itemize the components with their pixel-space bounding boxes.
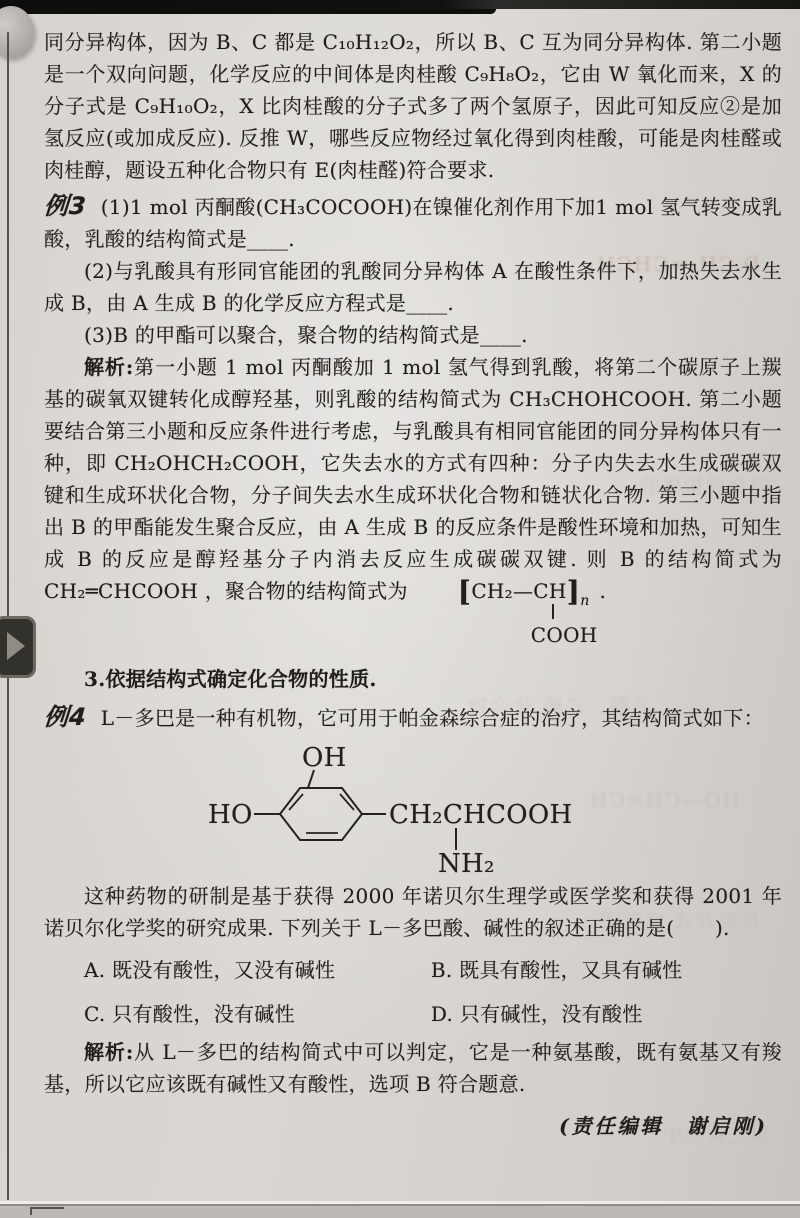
double-bond — [289, 794, 303, 810]
example4-analysis: 解析:从 L－多巴的结构简式中可以判定，它是一种氨基酸，既有氨基又有羧基，所以它… — [44, 1036, 782, 1100]
margin-arrow-icon — [0, 616, 36, 678]
option-d: D. 只有碱性，没有酸性 — [391, 998, 782, 1030]
oh-top-label: OH — [302, 743, 347, 773]
nobel-paragraph: 这种药物的研制是基于获得 2000 年诺贝尔生理学或医学奖和获得 2001 年诺… — [44, 880, 782, 944]
example3-label: 例3 — [43, 190, 102, 222]
example3-question3: (3)B 的甲酯可以聚合，聚合物的结构简式是____. — [44, 319, 782, 351]
option-c: C. 只有酸性，没有碱性 — [44, 998, 391, 1030]
page-content: 同分异构体，因为 B、C 都是 C₁₀H₁₂O₂，所以 B、C 互为同分异构体.… — [44, 26, 782, 1142]
analysis-label: 解析: — [84, 355, 134, 379]
example3-question1: 例3(1)1 mol 丙酮酸(CH₃COCOOH)在镍催化剂作用下加1 mol … — [44, 190, 782, 255]
scan-bottom-edge — [0, 1201, 800, 1218]
analysis-text: 第一小题 1 mol 丙酮酸加 1 mol 氢气得到乳酸，将第二个碳原子上羰基的… — [44, 355, 782, 603]
intro-paragraph: 同分异构体，因为 B、C 都是 C₁₀H₁₂O₂，所以 B、C 互为同分异构体.… — [44, 26, 782, 186]
editor-credit: (责任编辑 谢启刚) — [44, 1110, 782, 1142]
answer-options: A. 既没有酸性，又没有碱性 B. 既具有酸性，又具有碱性 C. 只有酸性，没有… — [44, 954, 782, 1030]
scanned-textbook-page: D.CH₂=CHCH₃ 同分异构体的 乙醛、乙酸 化合物 HO—CH=CH 反应… — [0, 0, 800, 1218]
polymer-pendant-cooh: COOH — [491, 619, 598, 651]
example4-label: 例4 — [43, 701, 102, 733]
option-a: A. 既没有酸性，又没有碱性 — [44, 954, 391, 986]
polymer-subscript-n: n — [580, 593, 589, 609]
analysis-text: 从 L－多巴的结构简式中可以判定，它是一种氨基酸，既有氨基又有羧基，所以它应该既… — [44, 1040, 782, 1096]
triangle-icon — [7, 632, 25, 660]
bottom-edge-mark — [30, 1207, 64, 1215]
example3-analysis: 解析:第一小题 1 mol 丙酮酸加 1 mol 氢气得到乳酸，将第二个碳原子上… — [44, 351, 782, 617]
example3-question2: (2)与乳酸具有形同官能团的乳酸同分异构体 A 在酸性条件下，加热失去水生成 B… — [44, 255, 782, 319]
nh2-label: NH₂ — [438, 849, 495, 879]
ldopa-structure-diagram: OH HO CH₂CHCOOH NH₂ — [240, 748, 782, 874]
section3-heading: 3.依据结构式确定化合物的性质. — [44, 663, 782, 695]
analysis-label: 解析: — [84, 1040, 134, 1064]
polymer-backbone: CH₂—CH — [471, 579, 566, 603]
polymer-structure: [CH₂—CH]nCOOH — [414, 575, 594, 617]
example4-intro: 例4L－多巴是一种有机物，它可用于帕金森综合症的治疗，其结构简式如下： — [44, 701, 782, 734]
ho-left-label: HO — [208, 800, 253, 830]
example4-intro-text: L－多巴是一种有机物，它可用于帕金森综合症的治疗，其结构简式如下： — [101, 706, 764, 730]
option-b: B. 既具有酸性，又具有碱性 — [391, 954, 782, 986]
left-bracket: [ — [458, 575, 472, 608]
scan-top-edge — [0, 0, 800, 9]
analysis-tail: . — [600, 579, 607, 603]
right-bracket: ] — [567, 575, 581, 608]
example3-q1-text: (1)1 mol 丙酮酸(CH₃COCOOH)在镍催化剂作用下加1 mol 氢气… — [44, 195, 782, 251]
bond-line — [552, 604, 554, 619]
chain-label: CH₂CHCOOH — [389, 800, 572, 830]
